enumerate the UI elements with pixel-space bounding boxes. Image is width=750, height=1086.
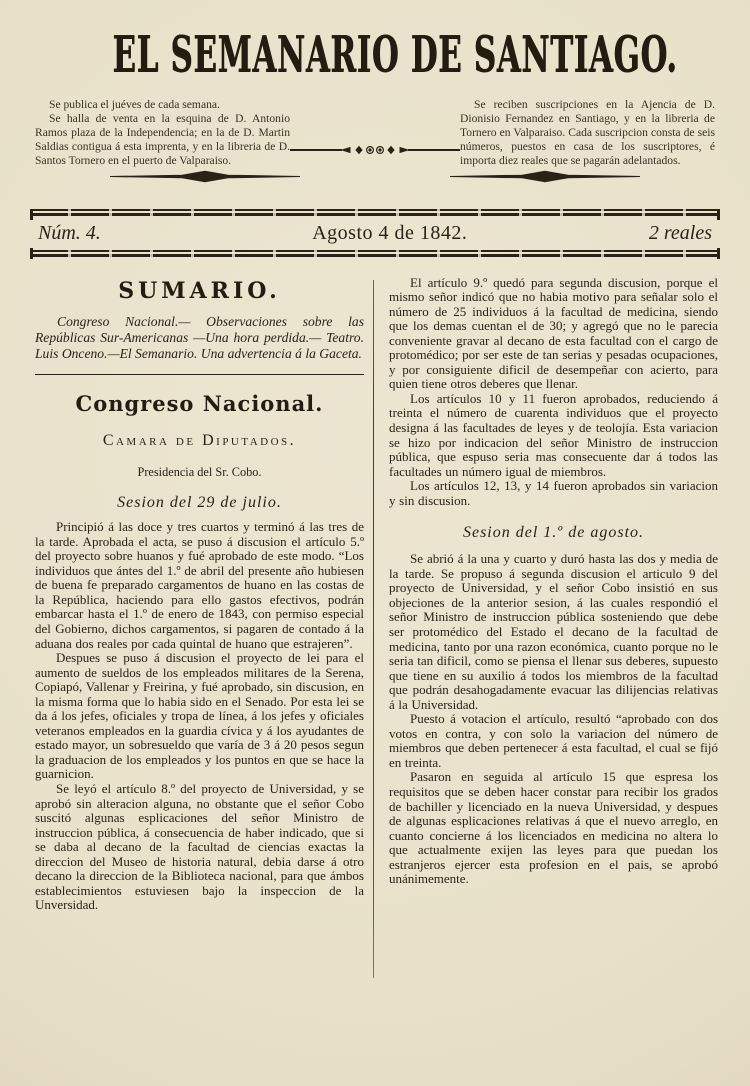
article-paragraph: Los artículos 12, 13, y 14 fueron aproba…	[389, 479, 718, 508]
article-paragraph: Pasaron en seguida al artículo 15 que es…	[389, 770, 718, 886]
article-columns: SUMARIO. Congreso Nacional.— Observacion…	[0, 272, 750, 913]
publication-notice: Se publica el juéves de cada semana. Se …	[35, 98, 290, 168]
section-title: Congreso Nacional.	[35, 391, 364, 416]
article-paragraph: Puesto á votacion el artículo, resultó “…	[389, 712, 718, 770]
right-diamond-rule	[375, 170, 715, 183]
issue-price: 2 reales	[649, 222, 712, 245]
publication-notice-line: Se halla de venta en la esquina de D. An…	[35, 112, 290, 168]
scroll-rule-icon	[290, 142, 460, 158]
masthead-info-row: Se publica el juéves de cada semana. Se …	[0, 98, 750, 168]
issue-bar-bottom-rule	[30, 250, 720, 259]
masthead-ornament	[290, 142, 460, 158]
sumario-title: SUMARIO.	[35, 278, 364, 304]
diamond-rule-icon	[110, 170, 300, 183]
article-paragraph: Los artículos 10 y 11 fueron aprobados, …	[389, 392, 718, 479]
left-column: SUMARIO. Congreso Nacional.— Observacion…	[35, 272, 364, 913]
issue-bar-top-rule	[30, 209, 720, 218]
article-paragraph: Principió á las doce y tres cuartos y te…	[35, 520, 364, 651]
notice-ornaments-row	[0, 170, 750, 183]
presidency-line: Presidencia del Sr. Cobo.	[35, 465, 364, 480]
newspaper-title: EL SEMANARIO DE SANTIAGO.	[113, 27, 638, 85]
subscription-notice-text: Se reciben suscripciones en la Ajencia d…	[460, 98, 715, 168]
diamond-rule-icon	[450, 170, 640, 183]
article-paragraph: Despues se puso á discusion el proyecto …	[35, 651, 364, 782]
sumario-rule	[35, 374, 364, 375]
issue-number: Núm. 4.	[38, 222, 101, 245]
article-paragraph: Se abrió á la una y cuarto y duró hasta …	[389, 552, 718, 712]
chamber-heading: Camara de Diputados.	[35, 432, 364, 450]
newspaper-page: EL SEMANARIO DE SANTIAGO. Se publica el …	[0, 0, 750, 1086]
issue-bar: Núm. 4. Agosto 4 de 1842. 2 reales	[30, 209, 720, 259]
article-paragraph: El artículo 9.º quedó para segunda discu…	[389, 276, 718, 392]
column-divider-rule	[373, 280, 374, 978]
article-paragraph: Se leyó el artículo 8.º del proyecto de …	[35, 782, 364, 913]
left-diamond-rule	[35, 170, 375, 183]
issue-date: Agosto 4 de 1842.	[312, 222, 467, 245]
right-column: El artículo 9.º quedó para segunda discu…	[389, 272, 718, 913]
issue-line: Núm. 4. Agosto 4 de 1842. 2 reales	[30, 218, 720, 250]
subscription-notice: Se reciben suscripciones en la Ajencia d…	[460, 98, 715, 168]
sumario-contents: Congreso Nacional.— Observaciones sobre …	[35, 314, 364, 363]
session-1-title: Sesion del 29 de julio.	[35, 494, 364, 512]
session-2-title: Sesion del 1.º de agosto.	[389, 524, 718, 542]
publication-notice-line: Se publica el juéves de cada semana.	[35, 98, 290, 112]
